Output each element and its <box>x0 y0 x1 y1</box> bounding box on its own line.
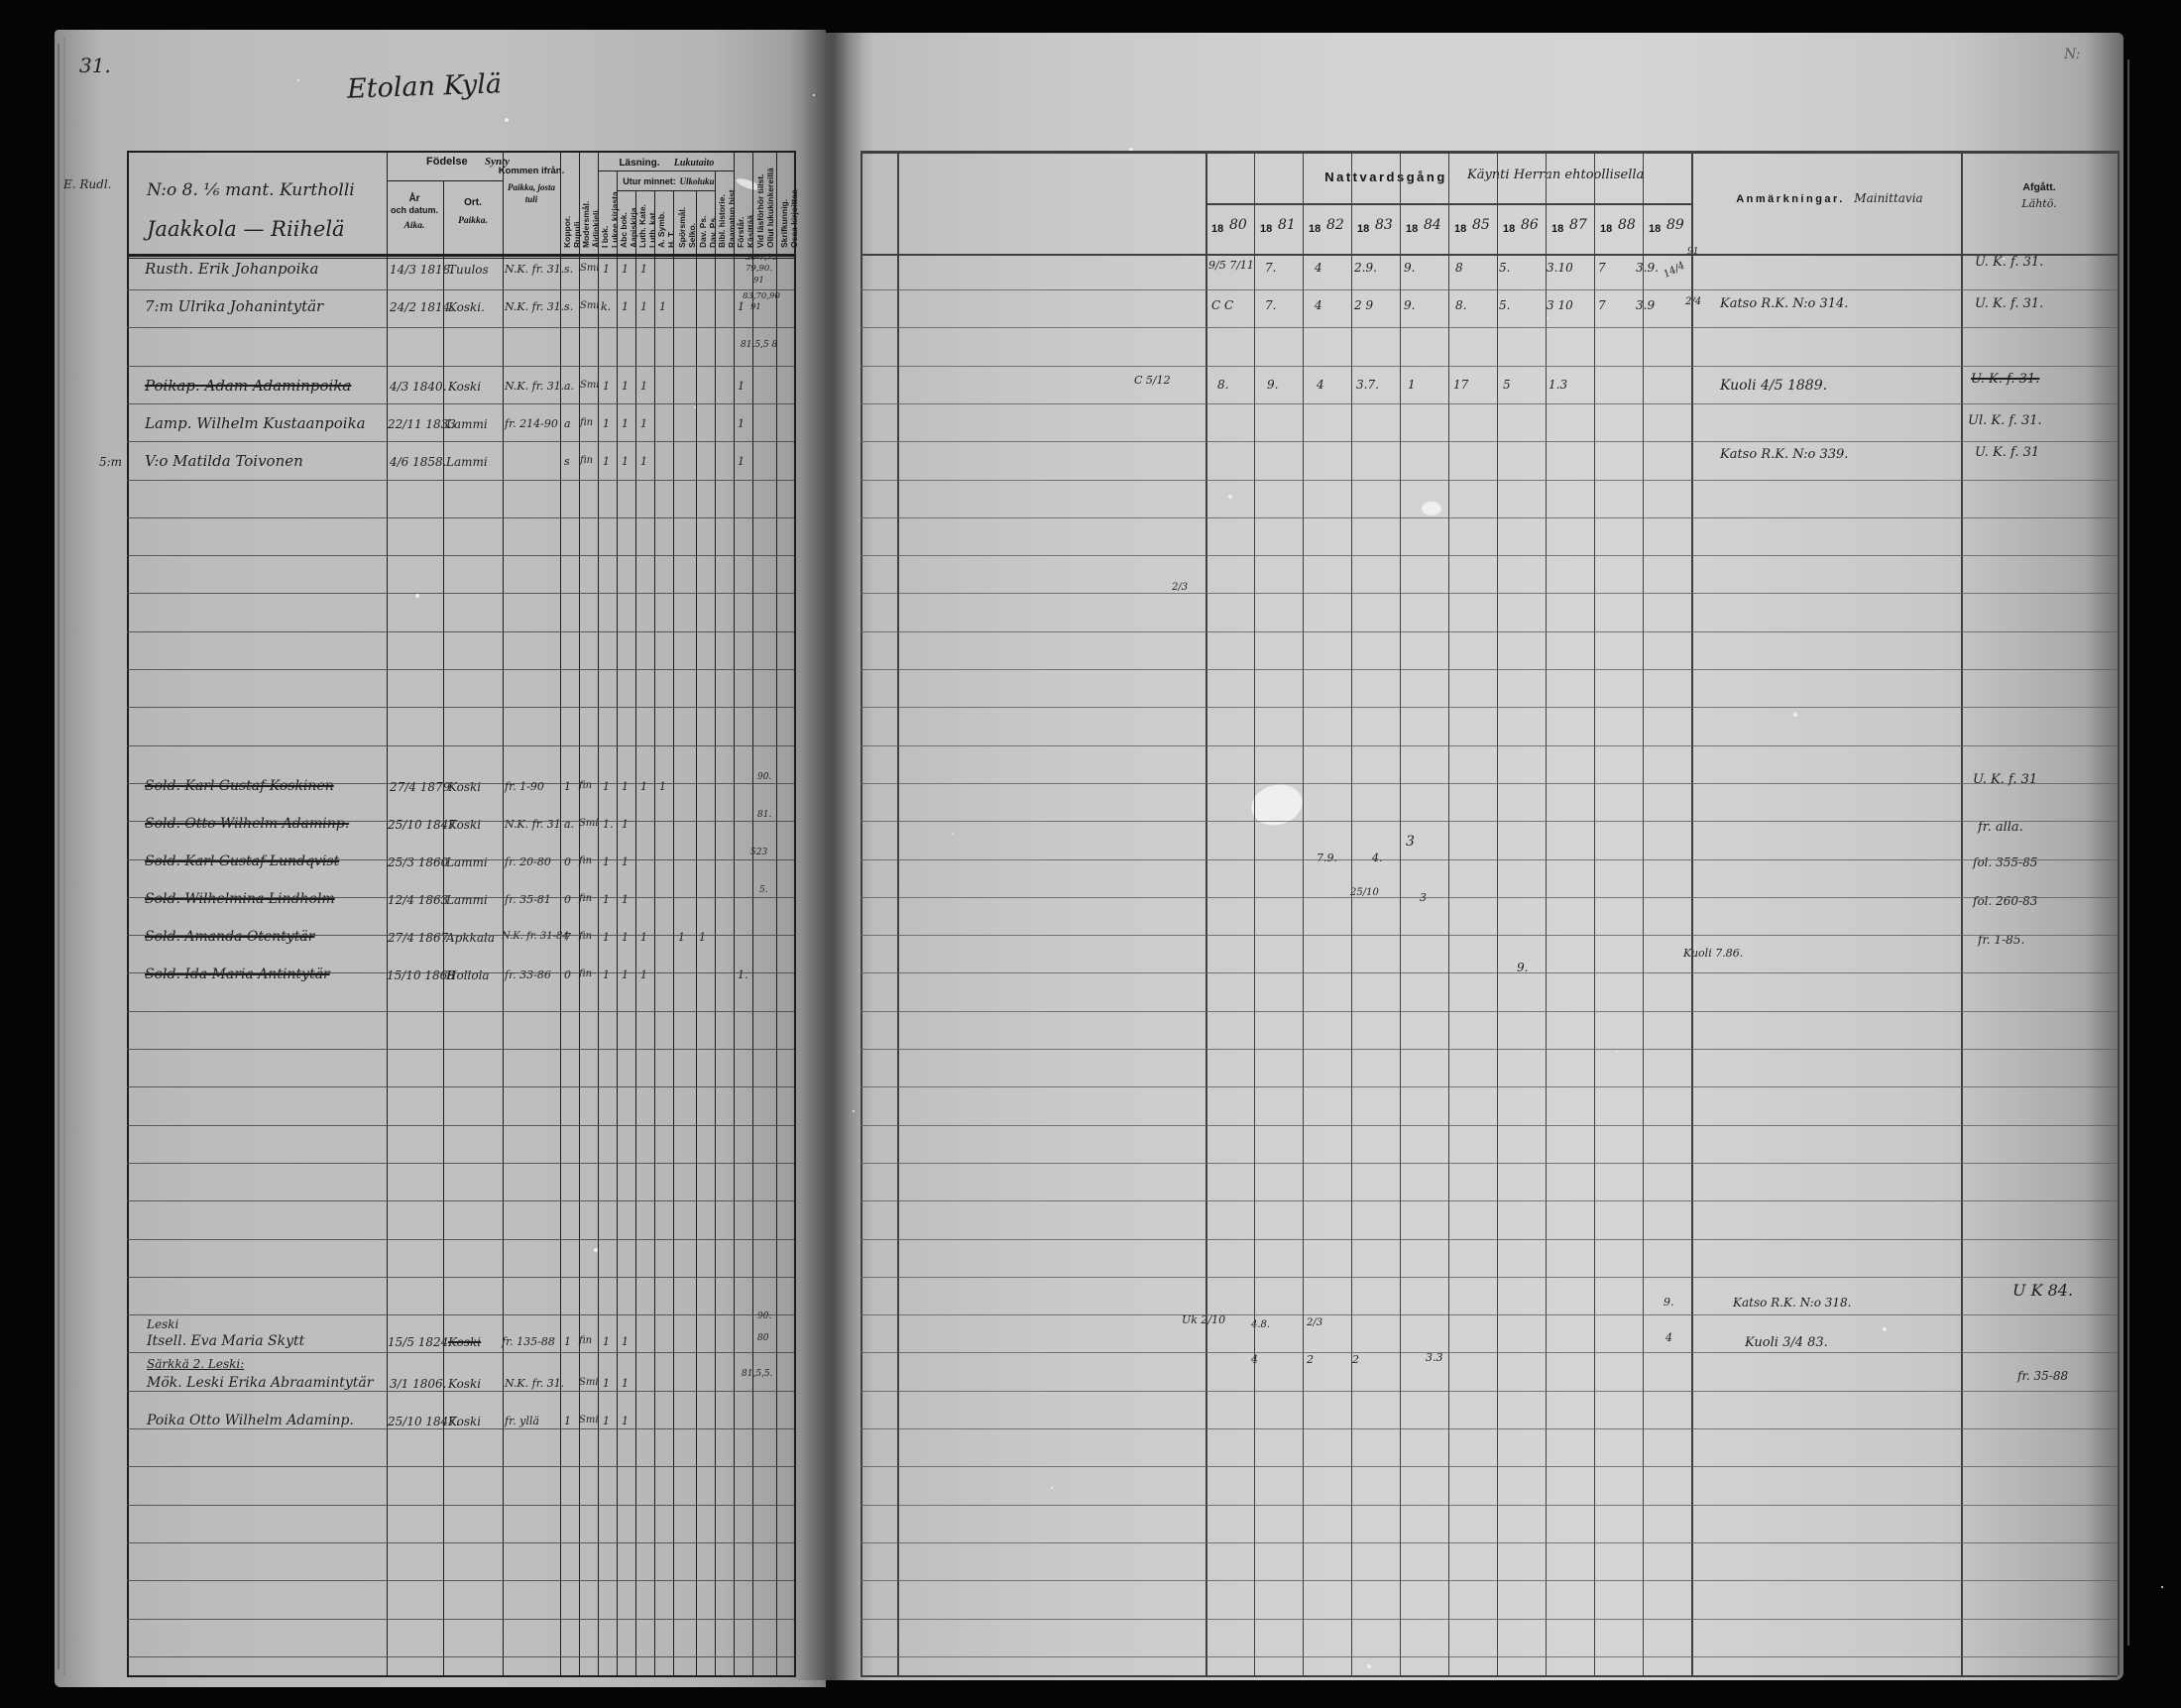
annotation: Tuulos <box>448 264 489 277</box>
annotation: 1 <box>622 969 629 981</box>
grid-line <box>127 1428 794 1429</box>
grid-line <box>861 1619 2118 1620</box>
annotation: Koski <box>448 381 481 394</box>
annotation: 7. <box>1265 299 1276 312</box>
annotation: 80 <box>757 1334 768 1343</box>
grid-line <box>127 1163 794 1164</box>
col-header-afgatt: Afgått. <box>2022 182 2055 193</box>
grid-line <box>1961 151 1963 1675</box>
annotation: 1 <box>640 932 647 944</box>
grid-line <box>861 821 2118 822</box>
grid-line <box>127 745 794 746</box>
grid-line <box>861 1656 2118 1657</box>
grid-line <box>861 517 2118 518</box>
annotation: 9. <box>1404 299 1415 312</box>
annotation: s. <box>564 301 573 313</box>
grid-line <box>861 707 2118 708</box>
grid-line <box>127 631 794 632</box>
grid-line <box>127 1314 794 1315</box>
annotation: 5. <box>759 886 768 895</box>
annotation: 1 <box>699 932 706 944</box>
grid-line <box>861 935 2118 936</box>
col-header-mainittavia: Mainittavia <box>1854 192 1922 205</box>
year-label-handwritten: 84 <box>1424 218 1441 233</box>
year-label-handwritten: 80 <box>1229 218 1247 233</box>
annotation: 5. <box>1499 299 1510 312</box>
afgatt-note: U. K. f. 31 <box>1973 773 2037 787</box>
grid-line <box>617 190 715 191</box>
grid-line <box>794 151 796 1675</box>
person-name: V:o Matilda Toivonen <box>145 454 303 470</box>
annotation: 14/3 1818. <box>390 264 454 277</box>
annotation: 3.9. <box>1636 262 1659 275</box>
year-label-printed: 18 <box>1309 224 1320 236</box>
person-name: Poikap. Adam Adaminpoika <box>145 379 351 395</box>
annotation: 2 9 <box>1354 299 1373 312</box>
annotation: 1 <box>738 381 745 393</box>
annotation: 2 <box>1352 1354 1359 1366</box>
annotation: 1 <box>622 894 629 906</box>
annotation: 1 <box>640 381 647 393</box>
annotation: 1.3 <box>1549 379 1567 392</box>
annotation: 1 <box>603 418 610 430</box>
grid-line <box>897 151 899 1675</box>
annotation: 8 <box>1455 262 1463 275</box>
dust-specks <box>297 79 299 81</box>
annotation: N.K. fr. 31. <box>505 264 564 276</box>
margin-note: Särkkä 2. Leski: <box>147 1358 244 1371</box>
annotation: 1 <box>622 1416 629 1427</box>
annotation: Smi <box>580 301 600 312</box>
page-edge <box>63 38 65 1675</box>
annotation: a. <box>564 381 574 393</box>
year-label-handwritten: 87 <box>1569 218 1587 233</box>
grid-line <box>127 254 794 257</box>
grid-line <box>861 289 2118 290</box>
annotation: Lammi <box>446 418 488 431</box>
year-label-printed: 18 <box>1600 224 1612 236</box>
person-name: Sold. Amanda Otentytär <box>145 930 314 945</box>
annotation: 1 <box>603 381 610 393</box>
remark: Katso R.K. N:o 314. <box>1720 297 1848 311</box>
grid-line <box>127 707 794 708</box>
annotation: 7 <box>1598 262 1606 275</box>
annotation: 2 <box>1307 1354 1314 1366</box>
grid-line <box>127 1125 794 1126</box>
afgatt-note: Ul. K. f. 31. <box>1968 414 2042 428</box>
annotation: fr. 214-90 <box>505 418 558 430</box>
annotation: 1 <box>622 1378 629 1390</box>
grid-line <box>127 289 794 290</box>
grid-line <box>1594 151 1595 1675</box>
margin-note: Leski <box>147 1318 178 1331</box>
person-name: Sold. Wilhelmina Lindholm <box>145 892 335 907</box>
annotation: 3.10 <box>1547 262 1573 275</box>
grid-line <box>776 151 777 1675</box>
grid-line <box>127 1277 794 1278</box>
grid-line <box>127 1086 794 1087</box>
annotation: 1 <box>622 264 629 276</box>
annotation: Hollola <box>446 969 490 982</box>
annotation: 1 <box>622 456 629 468</box>
annotation: Koski <box>448 1416 481 1428</box>
grid-line <box>127 151 794 153</box>
grid-line <box>579 151 580 1675</box>
margin-note: 5:m <box>99 456 122 469</box>
grid-line <box>861 859 2118 860</box>
annotation: 1 <box>622 932 629 944</box>
grid-line <box>696 190 697 1675</box>
annotation: 81. <box>757 811 771 820</box>
page-edge <box>2127 59 2129 1646</box>
annotation: 2.9. <box>1354 262 1377 275</box>
col-header-kommen-ifran: Kommen ifrån. <box>499 167 565 176</box>
annotation: 7 <box>1598 299 1606 312</box>
annotation: 1. <box>738 969 748 981</box>
remark: Kuoli 3/4 83. <box>1745 1336 1828 1350</box>
person-name: Poika Otto Wilhelm Adaminp. <box>147 1414 354 1428</box>
annotation: 1 <box>640 418 647 430</box>
col-header-paikka: Paikka. <box>458 217 488 227</box>
annotation: s. <box>564 264 573 276</box>
annotation: 0 <box>564 969 571 981</box>
grid-line <box>861 1542 2118 1543</box>
communion-mark: C C <box>1211 299 1233 312</box>
year-label-printed: 18 <box>1357 224 1369 236</box>
grid-line <box>715 171 716 1675</box>
annotation: N.K. fr. 31. <box>505 381 564 393</box>
annotation: 5 <box>1503 379 1511 392</box>
annotation: fin <box>579 932 592 943</box>
col-header-tuli: tuli <box>525 195 538 204</box>
grid-line <box>635 190 636 1675</box>
annotation: 1 <box>603 1336 610 1348</box>
grid-line <box>861 783 2118 784</box>
annotation: 9. <box>1404 262 1415 275</box>
grid-line <box>861 441 2118 442</box>
grid-line <box>861 631 2118 632</box>
person-name: Sold. Karl Gustaf Koskinen <box>145 779 334 794</box>
grid-line <box>1351 151 1352 1675</box>
annotation: 2/4 <box>1685 297 1701 308</box>
annotation: 4 <box>1317 379 1324 392</box>
annotation: N.K. fr. 31-84 <box>502 932 569 943</box>
grid-line <box>127 593 794 594</box>
grid-line <box>673 190 674 1675</box>
annotation: Smi <box>579 1416 599 1426</box>
right-page <box>826 33 2124 1680</box>
annotation: 3 10 <box>1547 299 1573 312</box>
margin-note: E. Rudl. <box>63 178 112 191</box>
grid-line <box>861 1239 2118 1240</box>
annotation: 81,5,5 8 <box>741 341 777 350</box>
annotation: 1 <box>603 1416 610 1427</box>
grid-line <box>861 1277 2118 1278</box>
grid-line <box>127 972 794 973</box>
year-label-handwritten: 82 <box>1326 218 1344 233</box>
year-label-printed: 18 <box>1454 224 1466 236</box>
grid-line <box>1643 151 1644 1675</box>
annotation: 1 <box>640 301 647 313</box>
annotation: Smi <box>579 1378 599 1389</box>
annotation: 27/4 1867 <box>388 932 448 945</box>
grid-line <box>1303 151 1304 1675</box>
annotation: 4/6 1858. <box>390 456 446 469</box>
col-header-kaynti-herran: Käynti Herran ehtoollisella <box>1467 169 1644 182</box>
annotation: fin <box>580 456 593 467</box>
annotation: 24/2 1814. <box>390 301 454 314</box>
grid-line <box>861 1352 2118 1353</box>
annotation: 1 <box>738 456 745 468</box>
page-edge <box>70 34 72 1679</box>
grid-line <box>127 366 794 367</box>
col-header-skrifkunnig: Skrifkunnig. Osaa kirjoittaa <box>780 189 799 248</box>
grid-line <box>861 745 2118 746</box>
grid-line <box>127 1352 794 1353</box>
grid-line <box>127 935 794 936</box>
year-label-printed: 18 <box>1551 224 1563 236</box>
col-header-lahto: Lähtö. <box>2021 198 2056 210</box>
year-label-handwritten: 85 <box>1472 218 1490 233</box>
grid-line <box>127 1619 794 1620</box>
grid-line <box>861 1011 2118 1012</box>
annotation: 17 <box>1453 379 1468 392</box>
grid-line <box>127 1675 796 1677</box>
annotation: Lammi <box>446 456 488 469</box>
annotation: 1 <box>659 301 666 313</box>
annotation: N.K. fr. 31. <box>505 301 564 313</box>
annotation: 1 <box>738 418 745 430</box>
remark: Kuoli 4/5 1889. <box>1720 379 1827 394</box>
annotation: N.K. fr. 31. <box>505 1378 564 1390</box>
grid-line <box>127 783 794 784</box>
year-label-printed: 18 <box>1503 224 1515 236</box>
grid-line <box>1254 151 1255 1675</box>
col-header-paikka-josta: Paikka, josta <box>508 183 555 192</box>
grid-line <box>617 171 618 1675</box>
grid-line <box>861 254 2118 256</box>
col-header-lasning: Läsning. <box>619 159 659 170</box>
annotation: 1 <box>622 1336 629 1348</box>
grid-line <box>127 151 129 1675</box>
communion-mark: 9/5 7/11 <box>1208 260 1254 272</box>
col-header-aika: Aika. <box>404 222 425 232</box>
annotation: fr. 35-81 <box>505 894 551 906</box>
grid-line <box>861 366 2118 367</box>
grid-line <box>443 180 444 1675</box>
grid-line <box>127 1011 794 1012</box>
annotation: 4 <box>1315 262 1322 275</box>
grid-line <box>127 441 794 442</box>
annotation: 4 <box>1315 299 1322 312</box>
person-name: Mök. Leski Erika Abraamintytär <box>147 1376 373 1391</box>
person-name: Sold. Otto Wilhelm Adaminp. <box>145 817 349 832</box>
grid-line <box>861 1314 2118 1315</box>
grid-line <box>1400 151 1401 1675</box>
annotation: Koski <box>448 1378 481 1391</box>
annotation: 4/3 1840. <box>390 381 446 394</box>
col-header-ort: Ort. <box>464 198 482 209</box>
farm-name: Jaakkola — Riihelä <box>147 218 345 240</box>
annotation: 90. <box>757 773 771 782</box>
grid-line <box>861 593 2118 594</box>
grid-line <box>127 258 794 259</box>
annotation: fr. 135-88 <box>502 1336 555 1348</box>
annotation: 7 <box>564 932 571 944</box>
person-name: Itsell. Eva Maria Skytt <box>147 1334 304 1349</box>
annotation: fin <box>579 894 592 905</box>
grid-line <box>861 1125 2118 1126</box>
year-label-printed: 18 <box>1406 224 1418 236</box>
annotation: 7. <box>1265 262 1276 275</box>
grid-line <box>861 972 2118 973</box>
afgatt-note: U K 84. <box>2012 1283 2073 1300</box>
grid-line <box>861 555 2118 556</box>
annotation: 1 <box>678 932 685 944</box>
annotation: Uk 2/10 <box>1182 1314 1225 1326</box>
grid-line <box>560 151 561 1675</box>
afgatt-note: fr. 35-88 <box>2017 1370 2068 1383</box>
annotation: 1 <box>603 264 610 276</box>
grid-line <box>861 1505 2118 1506</box>
person-name: Rusth. Erik Johanpoika <box>145 262 318 278</box>
annotation: 1 <box>622 381 629 393</box>
annotation: k. <box>601 301 611 313</box>
annotation: 1 <box>603 969 610 981</box>
grid-line <box>861 669 2118 670</box>
grid-line <box>861 1200 2118 1201</box>
annotation: 3.3 <box>1426 1352 1443 1364</box>
year-label-handwritten: 89 <box>1666 218 1684 233</box>
col-header-sporsmal: Spörsmål. Selko. <box>678 207 697 248</box>
grid-line <box>861 327 2118 328</box>
year-label-handwritten: 81 <box>1278 218 1296 233</box>
paper-damage <box>1422 502 1441 515</box>
grid-line <box>861 151 862 1675</box>
annotation: 79,90. <box>746 265 772 274</box>
grid-line <box>127 480 794 481</box>
grid-line <box>1448 151 1449 1675</box>
annotation: 91 <box>753 277 764 285</box>
col-header-och-datum: och datum. <box>391 206 438 215</box>
year-label-handwritten: 83 <box>1375 218 1393 233</box>
grid-line <box>1546 151 1547 1675</box>
grid-line <box>127 327 794 328</box>
grid-line <box>861 403 2118 404</box>
grid-line <box>1497 151 1498 1675</box>
annotation: 1 <box>564 1336 571 1348</box>
afgatt-note: U. K. f. 31. <box>1975 297 2043 311</box>
person-name: Lamp. Wilhelm Kustaanpoika <box>145 416 366 432</box>
grid-line <box>387 151 388 1675</box>
afgatt-note: U. K. f. 31. <box>1975 256 2043 270</box>
col-header-ar: År <box>408 194 419 205</box>
annotation: 1 <box>564 1416 571 1427</box>
grid-line <box>861 151 2118 154</box>
annotation: Smi <box>580 264 600 275</box>
annotation: 1 <box>603 894 610 906</box>
person-name: Sold. Ida Maria Antintytär <box>145 968 330 982</box>
annotation: 4 <box>1665 1332 1672 1344</box>
annotation: 1 <box>738 301 745 313</box>
col-header-anmarkningar: Anmärkningar. <box>1736 194 1845 206</box>
person-name: Sold. Karl Gustaf Lundqvist <box>145 854 339 869</box>
grid-line <box>861 1428 2118 1429</box>
afgatt-note: U. K. f. 31 <box>1975 446 2039 460</box>
col-header-nattvardsgang: Nattvardsgång <box>1324 171 1447 184</box>
grid-line <box>127 821 794 822</box>
grid-line <box>127 1505 794 1506</box>
grid-line <box>861 1580 2118 1581</box>
grid-line <box>2118 151 2120 1675</box>
farm-header: N:o 8. ⅙ mant. Kurtholli <box>147 182 355 200</box>
grid-line <box>752 151 753 1675</box>
grid-line <box>127 517 794 518</box>
grid-line <box>598 151 599 1675</box>
annotation: 1 <box>640 264 647 276</box>
annotation: s <box>564 456 570 468</box>
grid-line <box>127 1580 794 1581</box>
year-label-printed: 18 <box>1260 224 1272 236</box>
grid-line <box>127 1049 794 1050</box>
page-edge <box>57 44 59 1669</box>
afgatt-note: U. K. f. 31. <box>1971 373 2039 387</box>
village-title: Etolan Kylä <box>347 70 503 104</box>
grid-line <box>127 1656 794 1657</box>
annotation: 0 <box>564 894 571 906</box>
annotation: fin <box>579 1336 592 1347</box>
grid-line <box>127 403 794 404</box>
year-label-handwritten: 88 <box>1618 218 1636 233</box>
annotation: 8. <box>1217 379 1228 392</box>
annotation: C 5/12 <box>1134 375 1171 387</box>
grid-line <box>861 480 2118 481</box>
grid-line <box>503 151 504 1675</box>
grid-line <box>861 897 2118 898</box>
annotation: 1 <box>1408 379 1416 392</box>
annotation: 3.7. <box>1356 379 1379 392</box>
year-label-handwritten: 86 <box>1521 218 1539 233</box>
grid-line <box>654 190 655 1675</box>
annotation: 9. <box>1664 1297 1674 1309</box>
annotation: 2/3 <box>1172 583 1188 594</box>
corner-mark: N: <box>2064 48 2080 62</box>
annotation: 15/5 1824 <box>388 1336 448 1349</box>
annotation: 5. <box>1499 262 1510 275</box>
grid-line <box>861 1086 2118 1087</box>
year-label-printed: 18 <box>1649 224 1661 236</box>
remark: Katso R.K. N:o 318. <box>1733 1297 1851 1309</box>
grid-line <box>861 1163 2118 1164</box>
annotation: 3/1 1806. <box>390 1378 446 1391</box>
col-header-utur-minnet: Utur minnet: <box>623 177 676 186</box>
annotation: 1 <box>622 301 629 313</box>
annotation: Koski. <box>448 301 485 314</box>
person-name: 7:m Ulrika Johanintytär <box>145 299 323 315</box>
annotation: 1 <box>603 932 610 944</box>
annotation: 81,5,5. <box>742 1370 773 1379</box>
annotation: fin <box>580 418 593 429</box>
col-header-vid-lasforhor: Vid läsförhör tillst. Ollut lukukinkerei… <box>756 168 775 248</box>
annotation: 83,70,90 <box>743 292 780 301</box>
grid-line <box>127 1542 794 1543</box>
grid-line <box>861 1675 2118 1677</box>
grid-line <box>1691 151 1693 1675</box>
col-header-lukutaito: Lukutaito <box>674 159 715 170</box>
page-number: 31. <box>79 56 111 76</box>
annotation: 1 <box>640 456 647 468</box>
annotation: 1 <box>603 456 610 468</box>
